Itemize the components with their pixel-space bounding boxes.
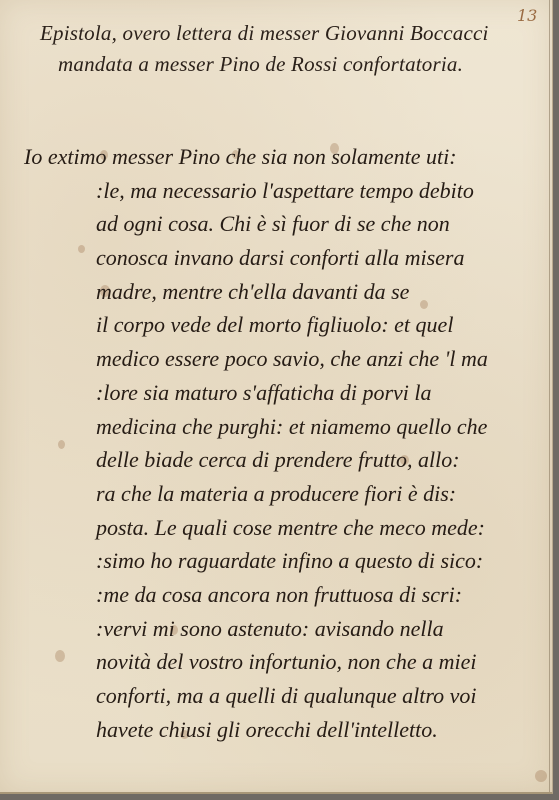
- body-line: conosca invano darsi conforti alla miser…: [24, 241, 544, 275]
- body-line: :vervi mi sono astenuto: avisando nella: [24, 612, 544, 646]
- body-line: conforti, ma a quelli di qualunque altro…: [24, 679, 544, 713]
- body-line: :lore sia maturo s'affaticha di porvi la: [24, 376, 544, 410]
- body-line: :me da cosa ancora non fruttuosa di scri…: [24, 578, 544, 612]
- manuscript-page: 13 Epistola, overo lettera di messer Gio…: [0, 0, 553, 794]
- body-line: ad ogni cosa. Chi è sì fuor di se che no…: [24, 207, 544, 241]
- body-line: Io extimo messer Pino che sia non solame…: [24, 140, 544, 174]
- body-line: delle biade cerca di prendere frutto, al…: [24, 443, 544, 477]
- body-line: madre, mentre ch'ella davanti da se: [24, 275, 544, 309]
- body-line: medicina che purghi: et niamemo quello c…: [24, 410, 544, 444]
- body-line: :le, ma necessario l'aspettare tempo deb…: [24, 174, 544, 208]
- heading-line: mandata a messer Pino de Rossi confortat…: [40, 49, 540, 80]
- body-line: posta. Le quali cose mentre che meco med…: [24, 511, 544, 545]
- body-line: :simo ho raguardate infino a questo di s…: [24, 544, 544, 578]
- heading-line: Epistola, overo lettera di messer Giovan…: [40, 18, 540, 49]
- ink-stain: [535, 770, 547, 782]
- letter-body: Io extimo messer Pino che sia non solame…: [24, 140, 544, 746]
- page-edge-rule: [549, 0, 550, 792]
- body-line: medico essere poco savio, che anzi che '…: [24, 342, 544, 376]
- body-line: novità del vostro infortunio, non che a …: [24, 645, 544, 679]
- body-line: havete chiusi gli orecchi dell'intellett…: [24, 713, 544, 747]
- body-line: ra che la materia a producere fiori è di…: [24, 477, 544, 511]
- letter-heading: Epistola, overo lettera di messer Giovan…: [40, 18, 540, 80]
- body-line: il corpo vede del morto figliuolo: et qu…: [24, 308, 544, 342]
